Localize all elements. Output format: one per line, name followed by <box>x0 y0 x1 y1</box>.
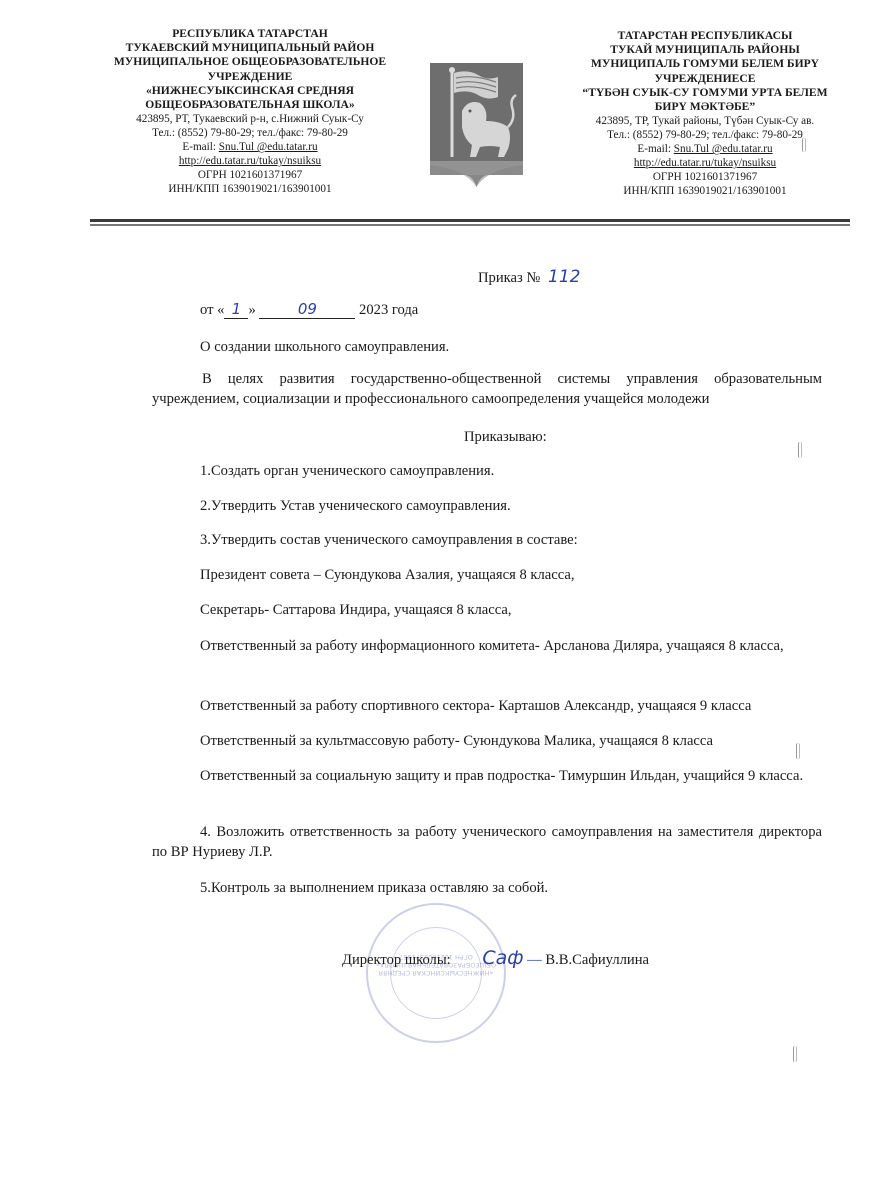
header-line: «НИЖНЕСУЫКСИНСКАЯ СРЕДНЯЯ <box>100 84 400 98</box>
email-label: E-mail: <box>637 143 673 155</box>
inn-kpp: ИНН/КПП 1639019021/163901001 <box>100 182 400 196</box>
preamble: В целях развития государственно-обществе… <box>152 370 822 409</box>
order-subject: О создании школьного самоуправления. <box>200 338 449 356</box>
margin-mark <box>796 743 800 759</box>
signature-position: Директор школы: <box>342 952 451 968</box>
date-year: 2023 года <box>359 302 418 318</box>
item-4: 4. Возложить ответственность за работу у… <box>152 823 822 862</box>
decree-word: Приказываю: <box>464 428 547 446</box>
email-link[interactable]: Snu.Tul @edu.tatar.ru <box>674 143 773 155</box>
phone: Тел.: (8552) 79-80-29; тел./факс: 79-80-… <box>100 126 400 140</box>
ogrn: ОГРН 1021601371967 <box>560 170 850 184</box>
margin-mark <box>793 1046 797 1062</box>
item-5: 5.Контроль за выполнением приказа оставл… <box>200 879 548 897</box>
header-line: БИРҮ МӘКТӘБЕ” <box>560 100 850 114</box>
email-link[interactable]: Snu.Tul @edu.tatar.ru <box>219 141 318 153</box>
header-divider-thick <box>90 219 850 222</box>
order-title: Приказ № 112 <box>478 268 580 287</box>
header-line: РЕСПУБЛИКА ТАТАРСТАН <box>100 27 400 41</box>
header-line: МУНИЦИПАЛЬНОЕ ОБЩЕОБРАЗОВАТЕЛЬНОЕ <box>100 55 400 69</box>
item-1: 1.Создать орган ученического самоуправле… <box>200 462 494 480</box>
address: 423895, ТР, Тукай районы, Түбән Суык-Су … <box>560 114 850 128</box>
signature-scribble: Саф <box>482 947 523 969</box>
official-stamp: «НИЖНЕСУЫКСИНСКАЯ СРЕДНЯЯ ОБЩЕОБРАЗОВАТЕ… <box>366 903 506 1043</box>
signature-dash: — <box>527 952 542 968</box>
order-number: 112 <box>548 267 580 287</box>
coat-of-arms-icon <box>428 61 525 189</box>
header-line: ТАТАРСТАН РЕСПУБЛИКАСЫ <box>560 29 850 43</box>
email-line: E-mail: Snu.Tul @edu.tatar.ru <box>100 140 400 154</box>
header-line: “ТҮБӘН СУЫК-СУ ГОМУМИ УРТА БЕЛЕМ <box>560 86 850 100</box>
member-social: Ответственный за социальную защиту и пра… <box>152 767 822 787</box>
header-line: МУНИЦИПАЛЬ ГОМУМИ БЕЛЕМ БИРҮ <box>560 57 850 71</box>
member-sports: Ответственный за работу спортивного сект… <box>200 697 751 715</box>
item-2: 2.Утвердить Устав ученического самоуправ… <box>200 497 511 515</box>
inn-kpp: ИНН/КПП 1639019021/163901001 <box>560 184 850 198</box>
margin-mark <box>802 138 806 152</box>
director-name: В.В.Сафиуллина <box>545 952 649 968</box>
email-label: E-mail: <box>182 141 218 153</box>
website-link[interactable]: http://edu.tatar.ru/tukay/nsuiksu <box>560 156 850 170</box>
date-prefix: от « <box>200 302 224 318</box>
header-right-tt: ТАТАРСТАН РЕСПУБЛИКАСЫ ТУКАЙ МУНИЦИПАЛЬ … <box>560 29 850 198</box>
header-line: УЧРЕЖДЕНИЕ <box>100 70 400 84</box>
item-3: 3.Утвердить состав ученического самоупра… <box>200 531 578 549</box>
address: 423895, РТ, Тукаевский р-н, с.Нижний Суы… <box>100 112 400 126</box>
date-month: 09 <box>259 300 355 319</box>
date-mid: » <box>248 302 255 318</box>
website-link[interactable]: http://edu.tatar.ru/tukay/nsuiksu <box>100 154 400 168</box>
phone: Тел.: (8552) 79-80-29; тел./факс: 79-80-… <box>560 128 850 142</box>
member-president: Президент совета – Суюндукова Азалия, уч… <box>200 566 575 584</box>
header-left-ru: РЕСПУБЛИКА ТАТАРСТАН ТУКАЕВСКИЙ МУНИЦИПА… <box>100 27 400 196</box>
order-date: от «1» 09 2023 года <box>200 300 418 319</box>
member-secretary: Секретарь- Саттарова Индира, учащаяся 8 … <box>200 601 512 619</box>
member-info-committee: Ответственный за работу информационного … <box>152 637 822 657</box>
header-line: ТУКАЕВСКИЙ МУНИЦИПАЛЬНЫЙ РАЙОН <box>100 41 400 55</box>
signature-line: Директор школы: Саф — В.В.Сафиуллина <box>342 949 649 969</box>
email-line: E-mail: Snu.Tul @edu.tatar.ru <box>560 142 850 156</box>
date-day: 1 <box>224 300 248 319</box>
header-line: ОБЩЕОБРАЗОВАТЕЛЬНАЯ ШКОЛА» <box>100 98 400 112</box>
order-label: Приказ № <box>478 270 540 286</box>
header-divider-thin <box>90 224 850 226</box>
header-line: ТУКАЙ МУНИЦИПАЛЬ РАЙОНЫ <box>560 43 850 57</box>
header-line: УЧРЕЖДЕНИЕСЕ <box>560 72 850 86</box>
member-culture: Ответственный за культмассовую работу- С… <box>200 732 713 750</box>
ogrn: ОГРН 1021601371967 <box>100 168 400 182</box>
margin-mark <box>798 442 802 458</box>
